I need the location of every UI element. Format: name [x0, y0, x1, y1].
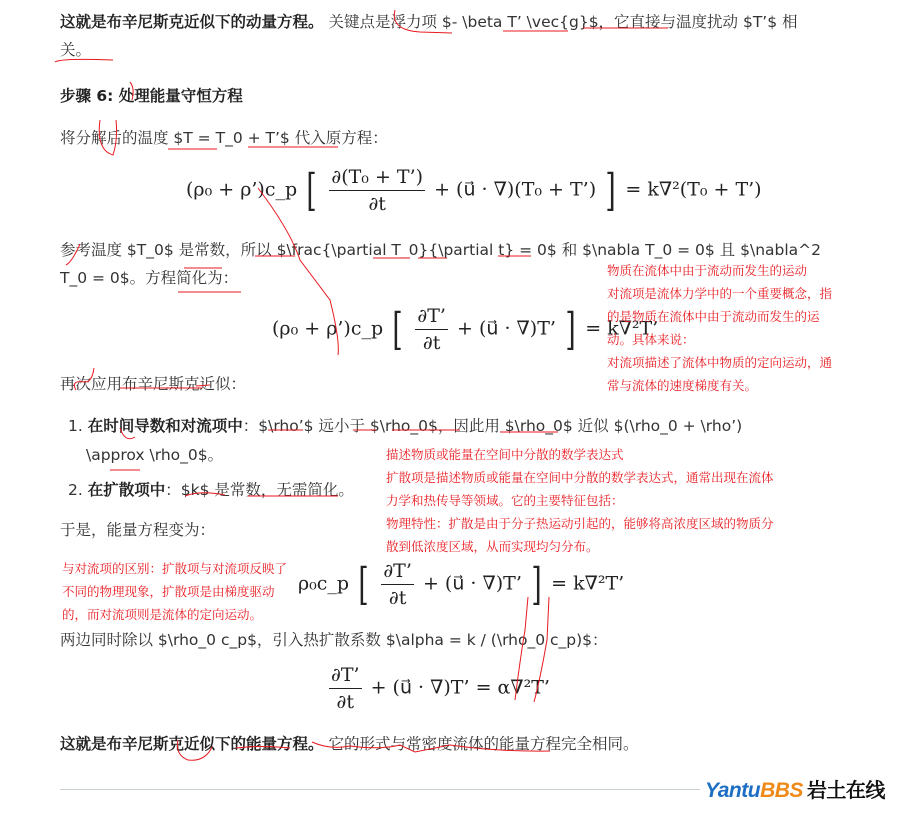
eq1-middle: + (u⃗ · ∇)(T₀ + T’) [434, 179, 596, 201]
eq3-rhs: = k∇²T’ [551, 573, 624, 595]
list-item-1-line1: 1. 在时间导数和对流项中：$\rho’$ 远小于 $\rho_0$，因此用 $… [68, 416, 742, 436]
eq1-bracket-open: [ [307, 169, 317, 213]
eq3-frac-num: ∂T’ [381, 560, 414, 585]
momentum-paragraph-line2: 关。 [60, 40, 91, 60]
eq2-lhs: (ρ₀ + ρ’)c_p [272, 318, 383, 340]
annotation-line: 的，而对流项则是流体的定向运动。 [62, 603, 287, 626]
eq4-fraction: ∂T’ ∂t [329, 664, 362, 713]
list-item-text: ：$\rho’$ 远小于 $\rho_0$，因此用 $\rho_0$ 近似 $(… [243, 417, 742, 435]
conclusion-paragraph: 这就是布辛尼斯克近似下的能量方程。 它的形式与常密度流体的能量方程完全相同。 [60, 734, 638, 754]
annotation-line: 动。具体来说： [607, 328, 832, 351]
eq4-rhs: = α∇²T’ [476, 677, 550, 699]
eq3-bracket-open: [ [359, 563, 369, 607]
eq4-frac-num: ∂T’ [329, 664, 362, 689]
eq1-rhs: = k∇²(T₀ + T’) [625, 179, 761, 201]
annotation-line: 物质在流体中由于流动而发生的运动 [607, 259, 832, 282]
logo-bbs: BBS [760, 779, 803, 802]
eq3-frac-den: ∂t [389, 585, 406, 609]
equation-heat-diffusion: ∂T’ ∂t + (u⃗ · ∇)T’ = α∇²T’ [326, 664, 550, 713]
convection-annotation: 物质在流体中由于流动而发生的运动 对流项是流体力学中的一个重要概念，指 的是物质… [607, 259, 832, 397]
equation-energy-full: (ρ₀ + ρ’)c_p [ ∂(T₀ + T’) ∂t + (u⃗ · ∇)(… [186, 166, 762, 215]
list-number: 1. [68, 417, 83, 435]
apply-again-text: 再次应用布辛尼斯克近似： [60, 374, 246, 394]
eq4-frac-den: ∂t [337, 689, 354, 713]
list-item-text: ：$k$ 是常数，无需简化。 [165, 481, 354, 499]
conclusion-rest: 它的形式与常密度流体的能量方程完全相同。 [324, 735, 639, 753]
annotation-line: 扩散项是描述物质或能量在空间中分散的数学表达式，通常出现在流体 [386, 466, 774, 489]
eq3-lhs: ρ₀c_p [298, 573, 349, 595]
eq3-middle: + (u⃗ · ∇)T’ [423, 573, 522, 595]
annotation-line: 与对流项的区别：扩散项与对流项反映了 [62, 557, 287, 580]
annotation-line: 物理特性：扩散是由于分子热运动引起的，能够将高浓度区域的物质分 [386, 512, 774, 535]
eq2-frac-num: ∂T’ [415, 305, 448, 330]
annotation-line: 对流项是流体力学中的一个重要概念，指 [607, 282, 832, 305]
logo-chinese: 岩土在线 [807, 780, 885, 802]
eq2-bracket-close: ] [565, 308, 575, 352]
step6-heading: 步骤 6: 处理能量守恒方程 [60, 86, 243, 106]
equation-energy-boussinesq: ρ₀c_p [ ∂T’ ∂t + (u⃗ · ∇)T’ ] = k∇²T’ [298, 560, 624, 609]
momentum-bold-text: 这就是布辛尼斯克近似下的动量方程。 [60, 13, 324, 31]
eq1-frac-num: ∂(T₀ + T’) [329, 166, 425, 191]
eq3-bracket-close: ] [531, 563, 541, 607]
eq1-fraction: ∂(T₀ + T’) ∂t [329, 166, 425, 215]
list-item-bold: 在扩散项中 [88, 481, 166, 499]
logo-yantu: Yantu [705, 779, 760, 802]
list-number: 2. [68, 481, 83, 499]
annotation-line: 常与流体的速度梯度有关。 [607, 374, 832, 397]
eq1-lhs: (ρ₀ + ρ’)c_p [186, 179, 297, 201]
reference-text-line2: T_0 = 0$。方程简化为： [60, 268, 238, 288]
so-text: 于是，能量方程变为： [60, 520, 215, 540]
eq2-fraction: ∂T’ ∂t [415, 305, 448, 354]
substitute-text: 将分解后的温度 $T = T_0 + T’$ 代入原方程： [60, 128, 388, 148]
yantubbs-logo[interactable]: YantuBBS岩土在线 [705, 774, 885, 803]
list-item-1-line2: \approx \rho_0$。 [86, 445, 223, 465]
eq4-middle: + (u⃗ · ∇)T’ [371, 677, 470, 699]
eq3-fraction: ∂T’ ∂t [381, 560, 414, 609]
divide-text: 两边同时除以 $\rho_0 c_p$，引入热扩散系数 $\alpha = k … [60, 630, 608, 650]
eq2-bracket-open: [ [393, 308, 403, 352]
momentum-rest-text: 关键点是浮力项 $- \beta T’ \vec{g}$，它直接与温度扰动 $T… [324, 13, 798, 31]
reference-text-line1: 参考温度 $T_0$ 是常数，所以 $\frac{\partial T_0}{\… [60, 240, 821, 260]
difference-annotation: 与对流项的区别：扩散项与对流项反映了 不同的物理现象，扩散项是由梯度驱动 的，而… [62, 557, 287, 626]
eq2-frac-den: ∂t [423, 330, 440, 354]
momentum-paragraph-line1: 这就是布辛尼斯克近似下的动量方程。 关键点是浮力项 $- \beta T’ \v… [60, 12, 798, 32]
annotation-line: 的是物质在流体中由于流动而发生的运 [607, 305, 832, 328]
footer-divider [60, 789, 700, 790]
list-item-2: 2. 在扩散项中：$k$ 是常数，无需简化。 [68, 480, 354, 500]
eq2-middle: + (u⃗ · ∇)T’ [457, 318, 556, 340]
diffusion-annotation: 描述物质或能量在空间中分散的数学表达式 扩散项是描述物质或能量在空间中分散的数学… [386, 443, 774, 558]
annotation-line: 散到低浓度区域，从而实现均匀分布。 [386, 535, 774, 558]
annotation-line: 对流项描述了流体中物质的定向运动，通 [607, 351, 832, 374]
equation-energy-perturbation: (ρ₀ + ρ’)c_p [ ∂T’ ∂t + (u⃗ · ∇)T’ ] = k… [272, 305, 658, 354]
eq1-frac-den: ∂t [368, 191, 385, 215]
annotation-line: 不同的物理现象，扩散项是由梯度驱动 [62, 580, 287, 603]
eq1-bracket-close: ] [606, 169, 616, 213]
conclusion-bold: 这就是布辛尼斯克近似下的能量方程。 [60, 735, 324, 753]
annotation-line: 力学和热传导等领域。它的主要特征包括： [386, 489, 774, 512]
annotation-line: 描述物质或能量在空间中分散的数学表达式 [386, 443, 774, 466]
list-item-bold: 在时间导数和对流项中 [88, 417, 243, 435]
